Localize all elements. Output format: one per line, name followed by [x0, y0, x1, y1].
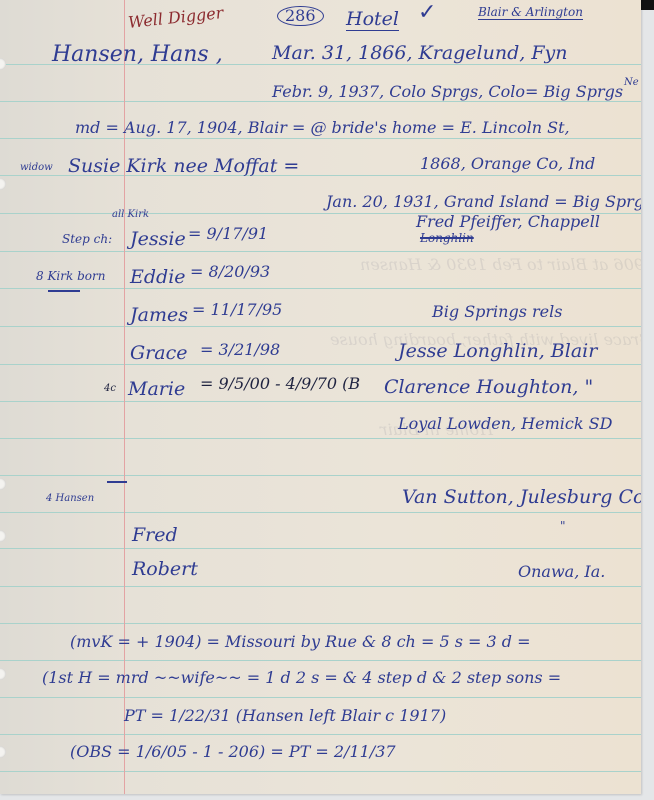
subject-death: Febr. 9, 1937, Colo Sprgs, Colo= Big Spr…	[272, 84, 623, 100]
subject-death-suffix: Ne	[624, 78, 639, 88]
child-name: Grace	[130, 344, 187, 363]
binder-hole	[0, 478, 6, 490]
note-line: PT = 1/22/31 (Hansen left Blair c 1917)	[124, 708, 446, 724]
check-mark-icon: ✓	[418, 2, 436, 24]
child-date: = 9/17/91	[188, 226, 268, 242]
scan-corner	[640, 0, 654, 10]
subject-marriage: md = Aug. 17, 1904, Blair = @ bride's ho…	[75, 120, 570, 136]
ruled-line	[0, 512, 641, 513]
ruled-line	[0, 734, 641, 735]
child-spouse: Jesse Longhlin, Blair	[398, 342, 597, 361]
binder-hole	[0, 178, 6, 190]
dash-mark	[107, 481, 127, 483]
ruled-line	[0, 364, 641, 365]
notebook-page: 1906 at Blair to Feb 1930 & Hansen Grace…	[0, 0, 641, 794]
ruled-line	[0, 586, 641, 587]
ruled-line	[0, 548, 641, 549]
ruled-line	[0, 101, 641, 102]
step-children-label: Step ch:	[62, 233, 112, 245]
child-spouse: Van Sutton, Julesburg Colo	[402, 488, 641, 507]
ruled-line	[0, 288, 641, 289]
spouse-death: Jan. 20, 1931, Grand Island = Big Sprgs	[326, 194, 641, 210]
spouse-margin-label: widow	[20, 163, 53, 173]
child-name: Robert	[132, 560, 198, 579]
child-spouse: Clarence Houghton, "	[384, 378, 593, 397]
binder-hole	[0, 58, 6, 70]
record-number: 286	[277, 6, 324, 26]
ruled-line	[0, 771, 641, 772]
child-spouse: Fred Pfeiffer, Chappell	[416, 214, 600, 230]
spouse-birth: 1868, Orange Co, Ind	[420, 156, 595, 172]
spouse-name: Susie Kirk nee Moffat =	[68, 157, 299, 176]
child-date: = 8/20/93	[190, 264, 270, 280]
note-line: (OBS = 1/6/05 - 1 - 206) = PT = 2/11/37	[70, 744, 396, 760]
child-name: James	[130, 306, 188, 325]
kirk-born-label: 8 Kirk born	[36, 270, 105, 282]
ruled-line	[0, 251, 641, 252]
ruled-line	[0, 138, 641, 139]
child-date: = 11/17/95	[192, 302, 282, 318]
binder-hole	[0, 668, 6, 680]
hansen-children-label: 4 Hansen	[46, 494, 94, 504]
child-spouse: Big Springs rels	[432, 304, 562, 320]
child-name: Jessie	[130, 230, 186, 249]
bleed-through: 1906 at Blair to Feb 1930 & Hansen	[360, 255, 641, 274]
ruled-line	[0, 401, 641, 402]
child-spouse: Onawa, Ia.	[518, 564, 605, 580]
ruled-line	[0, 475, 641, 476]
note-line: (mvK = + 1904) = Missouri by Rue & 8 ch …	[70, 634, 531, 650]
occupation-note: Well Digger	[127, 5, 224, 31]
child-prefix: 4c	[104, 384, 116, 394]
category-label: Hotel	[346, 10, 399, 31]
child-name: Marie	[128, 380, 185, 399]
child-date: = 3/21/98	[200, 342, 280, 358]
struck-name: Longhlin	[420, 232, 474, 244]
ditto-mark: "	[560, 520, 566, 532]
note-line: (1st H = mrd ~~wife~~ = 1 d 2 s = & 4 st…	[42, 670, 561, 686]
ruled-line	[0, 697, 641, 698]
ruled-line	[0, 660, 641, 661]
subject-name: Hansen, Hans ,	[52, 44, 223, 66]
child-date: = 9/5/00 - 4/9/70 (B	[200, 376, 360, 392]
subject-birth: Mar. 31, 1866, Kragelund, Fyn	[272, 44, 568, 63]
step-children-annotation: all Kirk	[112, 210, 149, 220]
location-header: Blair & Arlington	[478, 6, 583, 20]
ruled-line	[0, 326, 641, 327]
ruled-line	[0, 623, 641, 624]
underline-mark	[48, 290, 80, 292]
child-name: Eddie	[130, 268, 186, 287]
ruled-line	[0, 438, 641, 439]
child-name: Fred	[132, 526, 178, 545]
binder-hole	[0, 530, 6, 542]
child-spouse: Loyal Lowden, Hemick SD	[398, 416, 612, 432]
binder-hole	[0, 746, 6, 758]
